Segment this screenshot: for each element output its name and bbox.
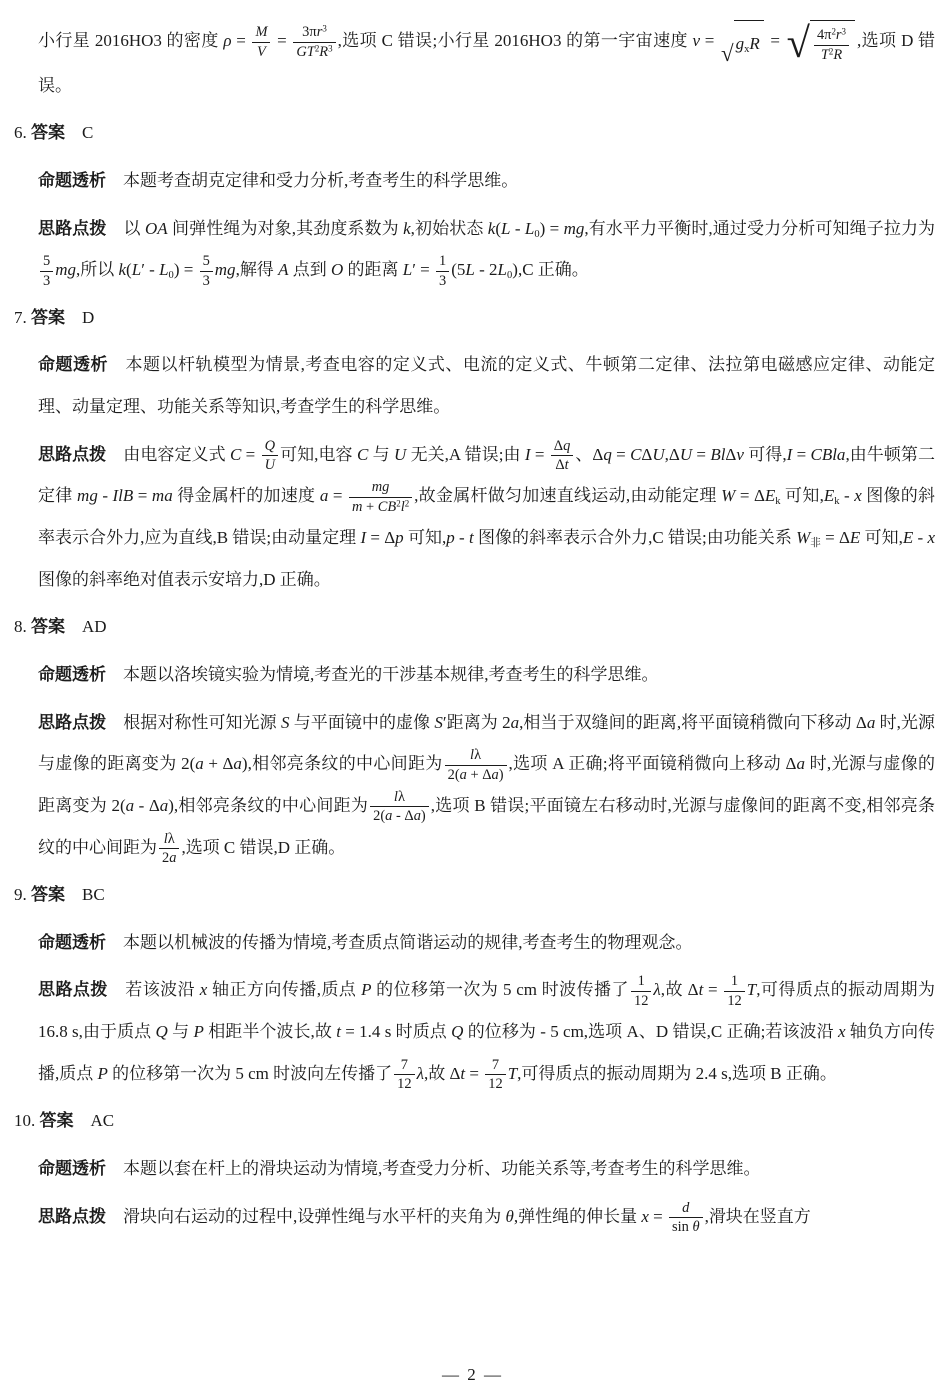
- math-variable: a: [414, 808, 421, 824]
- math-variable: a: [320, 486, 329, 505]
- math-variable: A: [278, 260, 288, 279]
- fraction: 112: [631, 973, 651, 1009]
- math-variable: OA: [145, 219, 168, 238]
- math-variable: E: [903, 528, 913, 547]
- math-variable: a: [160, 796, 169, 815]
- math-variable: Q: [265, 438, 275, 454]
- math-variable: a: [492, 767, 499, 783]
- math-variable: U: [652, 445, 664, 464]
- math-variable: U: [265, 457, 275, 473]
- math-variable: T: [747, 980, 756, 999]
- fraction: 13: [436, 253, 449, 289]
- math-variable: v: [736, 445, 744, 464]
- math-variable: L: [132, 260, 141, 279]
- superscript: 3: [328, 43, 332, 53]
- subscript: 0: [169, 270, 174, 281]
- bold-label: 命题透析: [38, 171, 106, 190]
- math-variable: t: [565, 457, 569, 473]
- math-variable: m: [352, 499, 362, 515]
- math-variable: t: [699, 980, 704, 999]
- math-variable: W: [721, 486, 735, 505]
- intro-continuation: 小行星 2016HO3 的密度 ρ = MV = 3πr3GT2R3,选项 C …: [38, 20, 935, 106]
- math-variable: P: [361, 980, 371, 999]
- bold-label: 思路点拨: [38, 219, 106, 238]
- math-variable: R: [749, 34, 759, 53]
- math-variable: L: [403, 260, 412, 279]
- q6-hints: 思路点拨 以 OA 间弹性绳为对象,其劲度系数为 k,初始状态 k(L - L0…: [38, 208, 935, 291]
- math-variable: C: [357, 445, 368, 464]
- fraction: 712: [485, 1057, 505, 1093]
- math-variable: p: [395, 528, 404, 547]
- q6-analysis: 命题透析 本题考查胡克定律和受力分析,考查考生的科学思维。: [38, 160, 935, 202]
- answer-key-page: 小行星 2016HO3 的密度 ρ = MV = 3πr3GT2R3,选项 C …: [0, 0, 945, 1399]
- math-variable: ma: [152, 486, 173, 505]
- math-variable: l: [394, 789, 398, 805]
- q9-analysis: 命题透析 本题以机械波的传播为情境,考查质点简谐运动的规律,考查考生的物理观念。: [38, 922, 935, 964]
- math-variable: S: [434, 713, 443, 732]
- math-variable: R: [833, 47, 842, 63]
- math-variable: t: [460, 1064, 465, 1083]
- fraction: lλ2a: [159, 831, 179, 867]
- fraction: 53: [40, 253, 53, 289]
- math-variable: l: [164, 831, 168, 847]
- bold-label: 答案: [31, 123, 65, 142]
- math-variable: x: [854, 486, 862, 505]
- math-variable: mg: [372, 479, 390, 495]
- math-variable: a: [460, 767, 467, 783]
- math-variable: k: [119, 260, 127, 279]
- math-variable: v: [693, 31, 701, 50]
- math-variable: CB: [378, 499, 396, 515]
- fraction: lλ2(a - Δa): [370, 789, 429, 825]
- math-variable: P: [194, 1022, 204, 1041]
- square-root: √gxR: [721, 20, 764, 65]
- bold-label: 命题透析: [38, 665, 106, 684]
- answer-line-9: 9. 答案 BC: [14, 874, 935, 916]
- subscript: k: [775, 497, 780, 508]
- math-variable: a: [126, 796, 135, 815]
- answer-line-8: 8. 答案 AD: [14, 606, 935, 648]
- bold-label: 答案: [31, 308, 65, 327]
- math-variable: L: [498, 260, 507, 279]
- bold-label: 命题透析: [38, 355, 108, 374]
- bold-label: 答案: [40, 1111, 74, 1130]
- q8-hints: 思路点拨 根据对称性可知光源 S 与平面镜中的虚像 S′距离为 2a,相当于双缝…: [38, 702, 935, 869]
- math-variable: mg: [564, 219, 585, 238]
- math-variable: I: [360, 528, 366, 547]
- fraction: dsin θ: [669, 1200, 703, 1236]
- math-variable: λ: [653, 980, 660, 999]
- math-variable: Q: [156, 1022, 168, 1041]
- bold-label: 思路点拨: [38, 1207, 106, 1226]
- math-variable: a: [169, 850, 176, 866]
- bold-label: 思路点拨: [38, 980, 108, 999]
- math-variable: q: [603, 445, 612, 464]
- fraction: 112: [724, 973, 744, 1009]
- bold-label: 答案: [31, 885, 65, 904]
- q10-analysis: 命题透析 本题以套在杆上的滑块运动为情境,考查受力分析、功能关系等,考查考生的科…: [38, 1148, 935, 1190]
- q8-analysis: 命题透析 本题以洛埃镜实验为情境,考查光的干涉基本规律,考查考生的科学思维。: [38, 654, 935, 696]
- math-variable: a: [511, 713, 520, 732]
- fraction: 53: [200, 253, 213, 289]
- math-variable: L: [525, 219, 534, 238]
- math-variable: a: [195, 754, 204, 773]
- answer-line-7: 7. 答案 D: [14, 297, 935, 339]
- math-variable: P: [98, 1064, 108, 1083]
- fraction: lλ2(a + Δa): [445, 747, 507, 783]
- math-variable: mg: [215, 260, 236, 279]
- math-variable: θ: [692, 1219, 699, 1235]
- math-variable: Q: [451, 1022, 463, 1041]
- answer-line-6: 6. 答案 C: [14, 112, 935, 154]
- bold-label: 命题透析: [38, 1159, 106, 1178]
- page-number: — 2 —: [0, 1363, 945, 1387]
- math-variable: x: [641, 1207, 649, 1226]
- superscript: 3: [322, 24, 326, 34]
- math-variable: mg: [55, 260, 76, 279]
- math-variable: I: [787, 445, 793, 464]
- math-variable: C: [630, 445, 641, 464]
- bold-label: 答案: [31, 617, 65, 636]
- math-variable: q: [563, 438, 570, 454]
- math-variable: t: [469, 528, 474, 547]
- math-variable: x: [927, 528, 935, 547]
- math-variable: CBla: [810, 445, 845, 464]
- math-variable: GT: [296, 44, 314, 60]
- math-variable: L: [465, 260, 474, 279]
- math-variable: L: [159, 260, 168, 279]
- fraction: 3πr3GT2R3: [293, 24, 335, 60]
- math-variable: θ: [506, 1207, 514, 1226]
- math-variable: M: [255, 24, 267, 40]
- math-variable: E: [824, 486, 834, 505]
- math-variable: ρ: [223, 31, 231, 50]
- math-variable: S: [281, 713, 290, 732]
- math-variable: λ: [417, 1064, 424, 1083]
- q7-analysis: 命题透析 本题以杆轨模型为情景,考查电容的定义式、电流的定义式、牛顿第二定律、法…: [38, 344, 935, 427]
- subscript: 非: [810, 538, 821, 549]
- math-variable: d: [682, 1200, 689, 1216]
- math-variable: O: [331, 260, 343, 279]
- math-variable: mg: [77, 486, 98, 505]
- math-variable: U: [680, 445, 692, 464]
- math-variable: Bl: [710, 445, 725, 464]
- q9-hints: 思路点拨 若该波沿 x 轴正方向传播,质点 P 的位移第一次为 5 cm 时波传…: [38, 969, 935, 1094]
- q10-hints: 思路点拨 滑块向右运动的过程中,设弹性绳与水平杆的夹角为 θ,弹性绳的伸长量 x…: [38, 1196, 935, 1238]
- math-variable: a: [385, 808, 392, 824]
- fraction: ΔqΔt: [551, 438, 574, 474]
- math-variable: T: [821, 47, 829, 63]
- subscript: k: [834, 497, 839, 508]
- fraction: 712: [394, 1057, 414, 1093]
- math-variable: g: [736, 34, 745, 53]
- math-variable: IlB: [113, 486, 134, 505]
- document-content: 小行星 2016HO3 的密度 ρ = MV = 3πr3GT2R3,选项 C …: [0, 20, 945, 1237]
- math-variable: x: [200, 980, 208, 999]
- superscript: 3: [842, 27, 846, 37]
- math-variable: k: [488, 219, 496, 238]
- q7-hints: 思路点拨 由电容定义式 C = QU可知,电容 C 与 U 无关,A 错误;由 …: [38, 434, 935, 601]
- bold-label: 思路点拨: [38, 445, 106, 464]
- math-variable: x: [838, 1022, 846, 1041]
- fraction: QU: [262, 438, 278, 474]
- math-variable: a: [233, 754, 242, 773]
- square-root: √4π2r3T2R: [787, 20, 855, 65]
- math-variable: W: [796, 528, 810, 547]
- bold-label: 思路点拨: [38, 713, 106, 732]
- superscript: 2: [405, 499, 409, 509]
- math-variable: p: [446, 528, 455, 547]
- math-variable: E: [850, 528, 860, 547]
- math-variable: L: [501, 219, 510, 238]
- math-variable: a: [797, 754, 806, 773]
- math-variable: l: [470, 747, 474, 763]
- fraction: MV: [252, 24, 270, 60]
- math-variable: R: [319, 44, 328, 60]
- math-variable: k: [403, 219, 411, 238]
- math-variable: T: [508, 1064, 517, 1083]
- math-variable: t: [336, 1022, 341, 1041]
- math-variable: V: [257, 44, 266, 60]
- fraction: mgm + CB2l2: [349, 479, 412, 515]
- subscript: 0: [534, 229, 539, 240]
- math-variable: I: [525, 445, 531, 464]
- answer-line-10: 10. 答案 AC: [14, 1100, 935, 1142]
- bold-label: 命题透析: [38, 933, 106, 952]
- math-variable: a: [867, 713, 876, 732]
- fraction: 4π2r3T2R: [814, 27, 849, 63]
- math-variable: E: [765, 486, 775, 505]
- math-variable: U: [394, 445, 406, 464]
- math-variable: C: [230, 445, 241, 464]
- subscript: 0: [507, 270, 512, 281]
